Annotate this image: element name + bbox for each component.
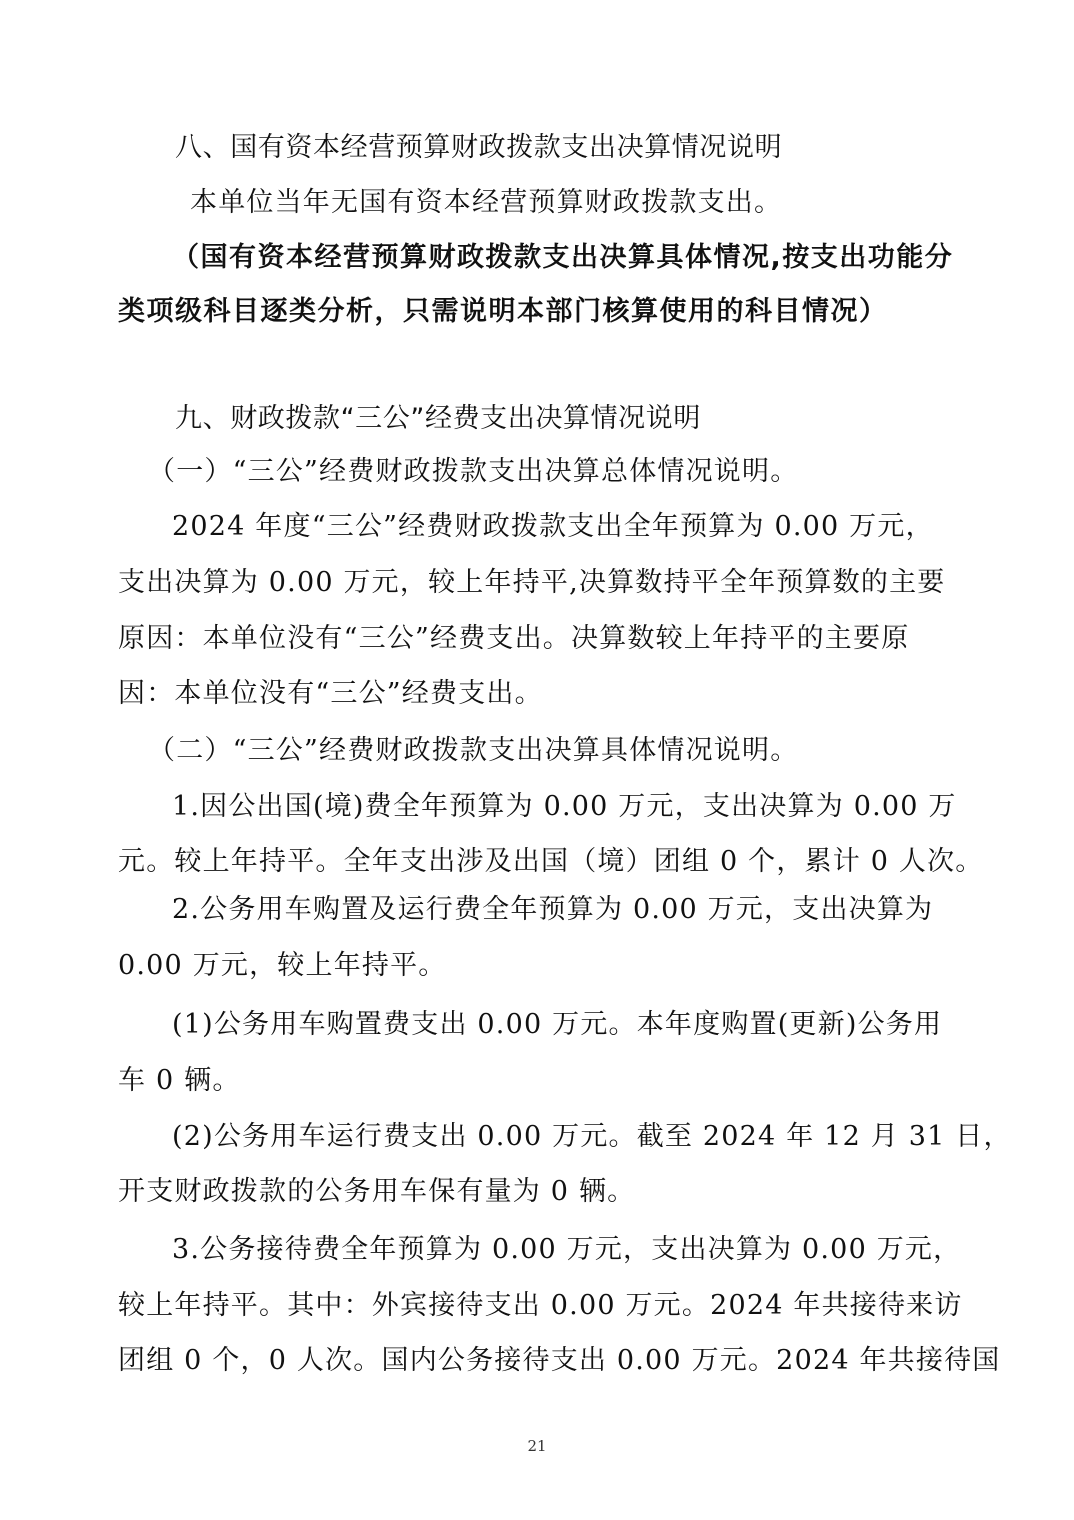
section-8-note-line-2: 类项级科目逐类分析，只需说明本部门核算使用的科目情况） bbox=[118, 295, 888, 329]
subsection-2-heading: （二）“三公”经费财政拨款支出决算具体情况说明。 bbox=[148, 734, 798, 768]
document-page: 八、国有资本经营预算财政拨款支出决算情况说明 本单位当年无国有资本经营预算财政拨… bbox=[0, 0, 1074, 1520]
item-3-line-2: 较上年持平。其中：外宾接待支出 0.00 万元。2024 年共接待来访 bbox=[118, 1289, 963, 1323]
section-8-body: 本单位当年无国有资本经营预算财政拨款支出。 bbox=[190, 186, 782, 220]
item-2-line-1: 2.公务用车购置及运行费全年预算为 0.00 万元，支出决算为 bbox=[172, 893, 933, 927]
section-8-heading: 八、国有资本经营预算财政拨款支出决算情况说明 bbox=[175, 131, 782, 165]
item-2a-line-2: 车 0 辆。 bbox=[118, 1064, 241, 1098]
page-number: 21 bbox=[0, 1437, 1074, 1455]
item-2b-line-2: 开支财政拨款的公务用车保有量为 0 辆。 bbox=[118, 1175, 635, 1209]
item-1-line-1: 1.因公出国(境)费全年预算为 0.00 万元，支出决算为 0.00 万 bbox=[172, 790, 957, 824]
subsection-1-para-line-4: 因：本单位没有“三公”经费支出。 bbox=[118, 677, 543, 711]
item-3-line-1: 3.公务接待费全年预算为 0.00 万元，支出决算为 0.00 万元， bbox=[172, 1233, 961, 1267]
item-1-line-2: 元。较上年持平。全年支出涉及出国（境）团组 0 个，累计 0 人次。 bbox=[118, 845, 984, 879]
item-2b-line-1: (2)公务用车运行费支出 0.00 万元。截至 2024 年 12 月 31 日… bbox=[172, 1120, 1012, 1154]
subsection-1-para-line-3: 原因：本单位没有“三公”经费支出。决算数较上年持平的主要原 bbox=[118, 622, 909, 656]
item-2a-line-1: (1)公务用车购置费支出 0.00 万元。本年度购置(更新)公务用 bbox=[172, 1008, 942, 1042]
section-8-note-line-1: （国有资本经营预算财政拨款支出决算具体情况,按支出功能分 bbox=[172, 241, 953, 275]
subsection-1-heading: （一）“三公”经费财政拨款支出决算总体情况说明。 bbox=[148, 455, 798, 489]
section-9-heading: 九、财政拨款“三公”经费支出决算情况说明 bbox=[175, 402, 701, 436]
item-2-line-2: 0.00 万元，较上年持平。 bbox=[118, 949, 447, 983]
item-3-line-3: 团组 0 个，0 人次。国内公务接待支出 0.00 万元。2024 年共接待国 bbox=[118, 1344, 1000, 1378]
subsection-1-para-line-2: 支出决算为 0.00 万元，较上年持平,决算数持平全年预算数的主要 bbox=[118, 566, 945, 600]
subsection-1-para-line-1: 2024 年度“三公”经费财政拨款支出全年预算为 0.00 万元， bbox=[172, 510, 934, 544]
